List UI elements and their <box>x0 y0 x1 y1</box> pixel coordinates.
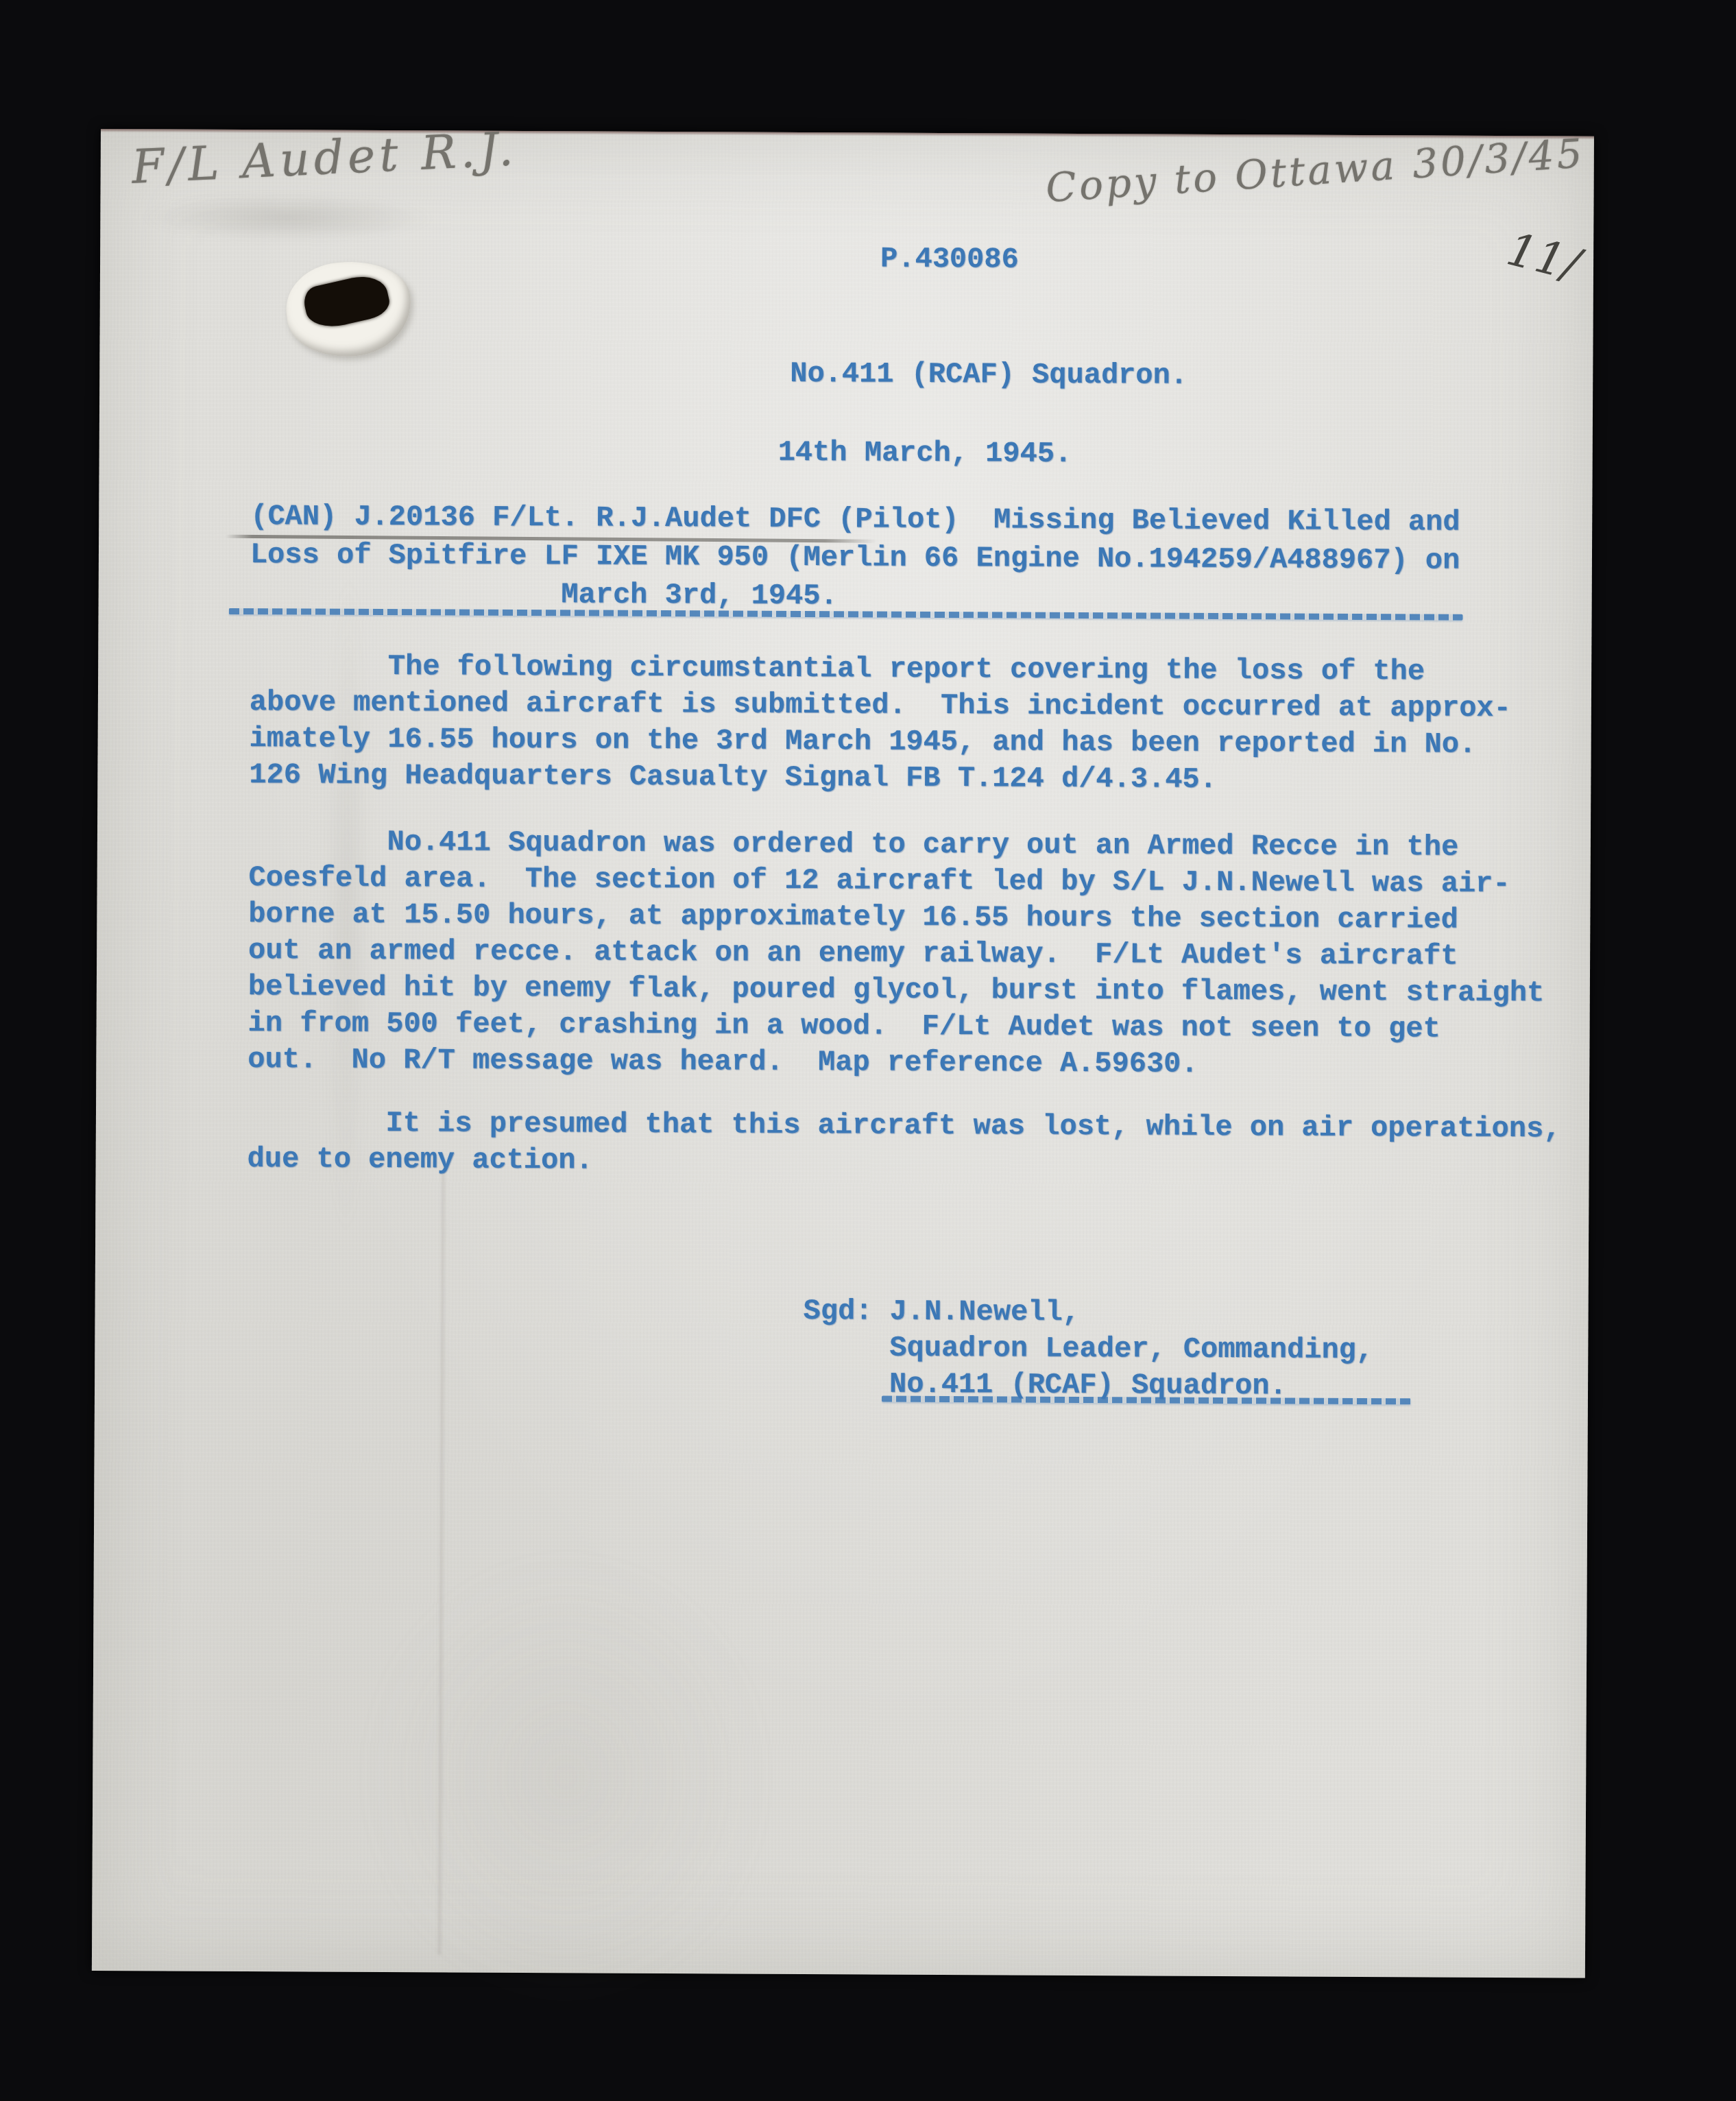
date-line: 14th March, 1945. <box>778 435 1072 472</box>
handwritten-copy-annotation: Copy to Ottawa 30/3/45 <box>1044 130 1586 211</box>
paper-crease <box>438 1173 445 1954</box>
torn-hole <box>282 256 415 362</box>
handwritten-page-mark: 11/ <box>1502 222 1585 291</box>
unit-name: No.411 (RCAF) Squadron. <box>790 356 1188 394</box>
torn-hole-opening <box>301 271 392 332</box>
file-number: P.430086 <box>880 241 1019 278</box>
paragraph-1: The following circumstantial report cove… <box>249 648 1511 800</box>
signature-block: Sgd: J.N.Newell, Squadron Leader, Comman… <box>803 1293 1374 1405</box>
paper-stain <box>352 1543 780 2011</box>
paper-smudge <box>140 192 435 243</box>
document-paper: F/L Audet R.J. Copy to Ottawa 30/3/45 11… <box>92 129 1594 1978</box>
paragraph-2: No.411 Squadron was ordered to carry out… <box>248 824 1545 1084</box>
paragraph-3: It is presumed that this aircraft was lo… <box>248 1105 1561 1184</box>
handwritten-name-annotation: F/L Audet R.J. <box>130 122 518 195</box>
subject-block: (CAN) J.20136 F/Lt. R.J.Audet DFC (Pilot… <box>250 497 1460 619</box>
